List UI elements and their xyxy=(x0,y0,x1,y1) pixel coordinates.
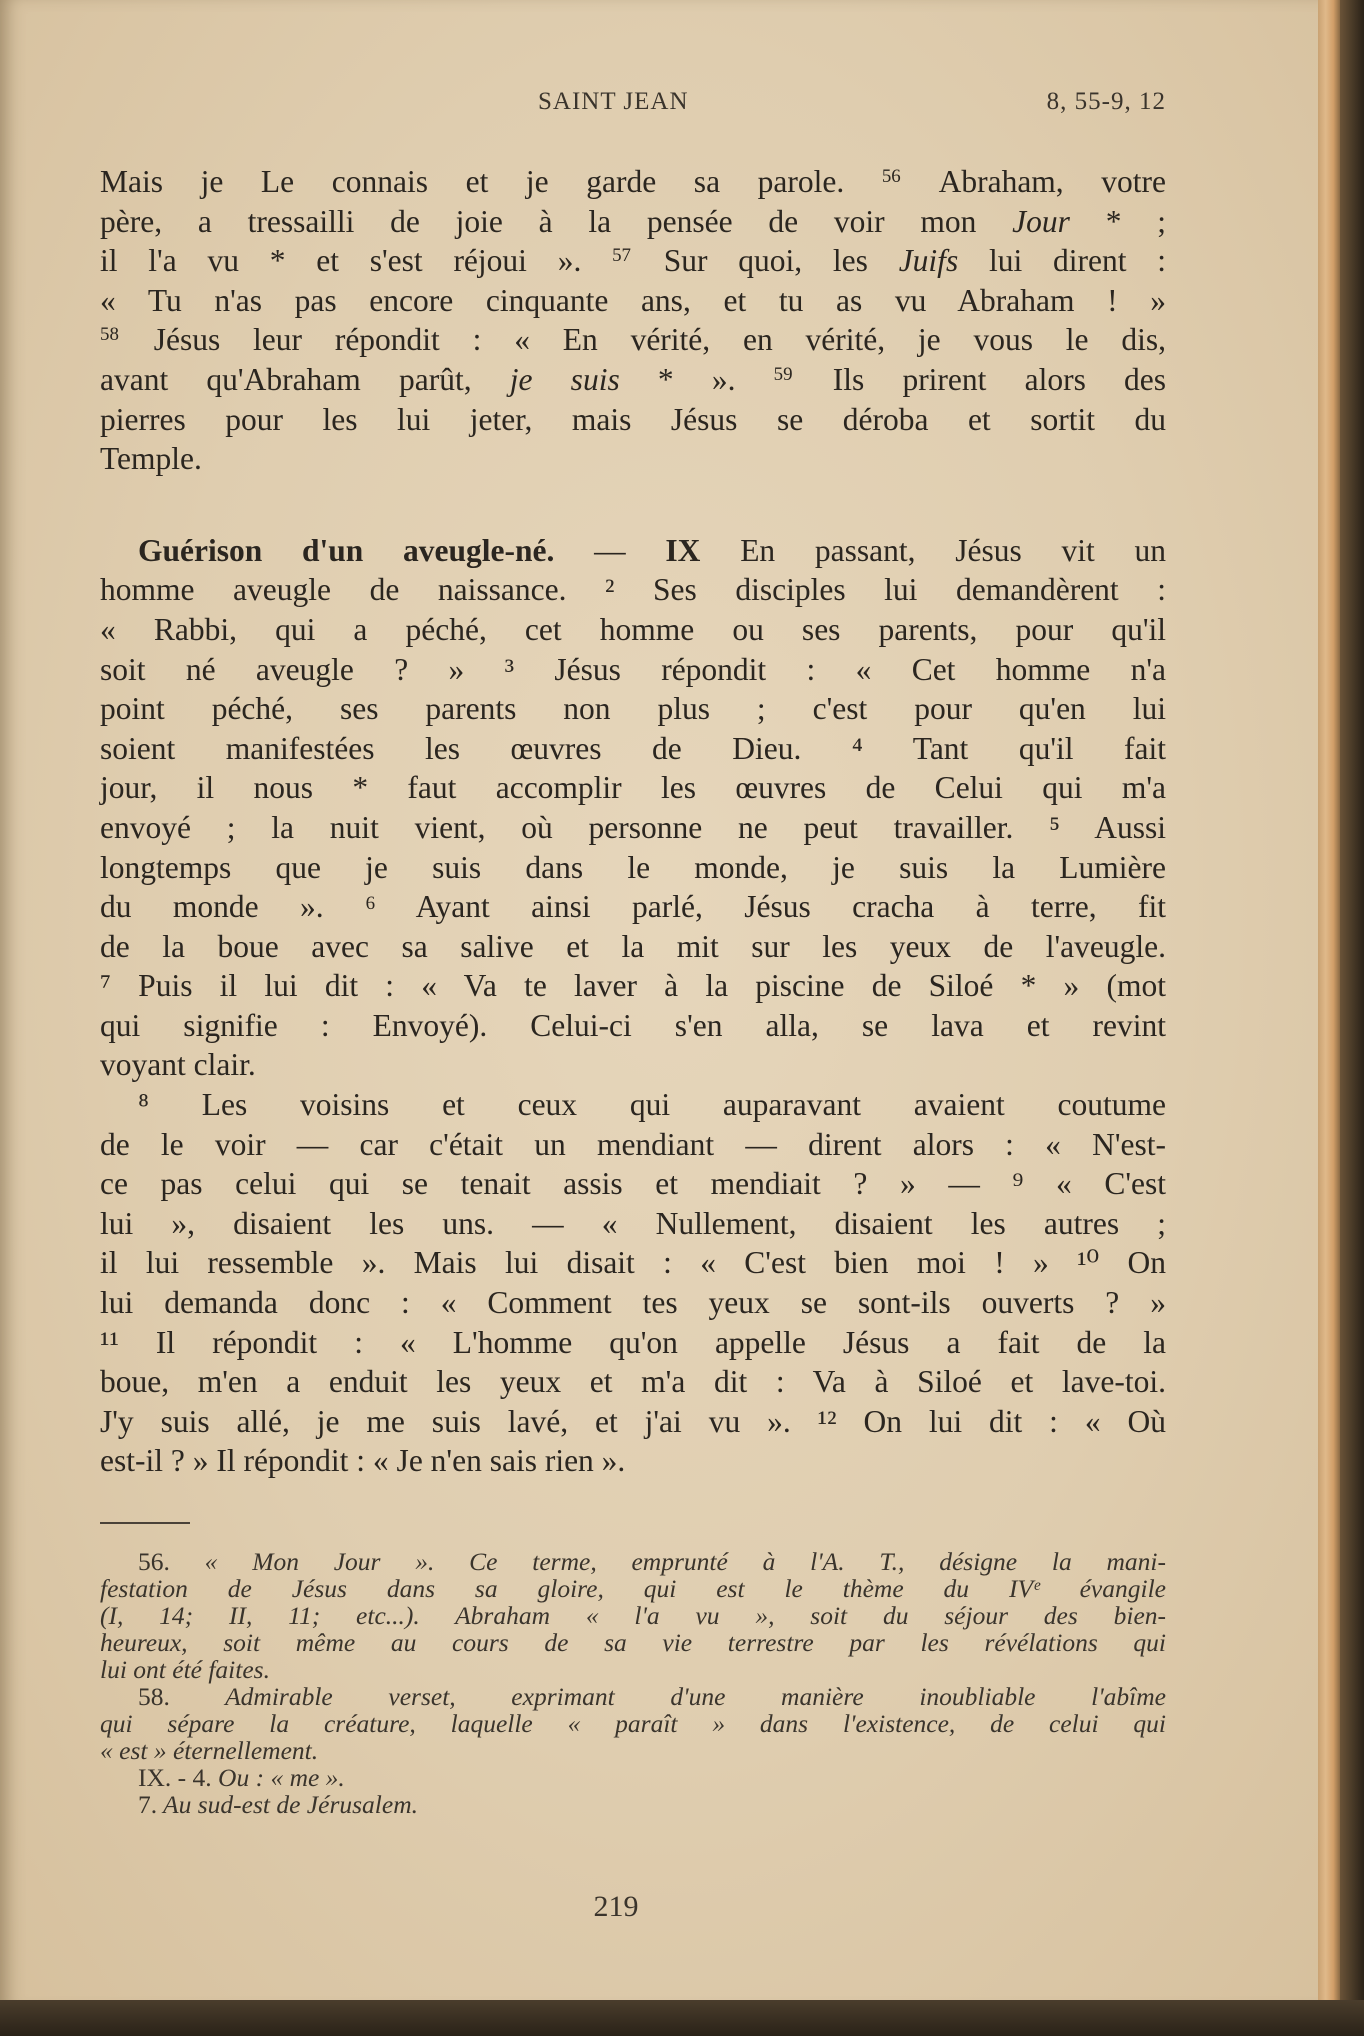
right-shadow xyxy=(1340,0,1364,2036)
italic-term: je suis xyxy=(510,362,620,397)
paragraph-chapter-8: Mais je Le connais et je garde sa parole… xyxy=(100,162,1166,479)
footnote-marker: IX. - 4. xyxy=(138,1763,212,1792)
text-line: « Rabbi, qui a péché, cet homme ou ses p… xyxy=(100,610,1166,650)
page-number: 219 xyxy=(586,1890,646,1924)
paragraph-chapter-9: Guérison d'un aveugle-né. — IX En passan… xyxy=(100,531,1166,1085)
text-line: ⁸ Les voisins et ceux qui auparavant ava… xyxy=(100,1085,1166,1125)
footnote-marker: 56. xyxy=(138,1547,170,1576)
italic-term: Jour xyxy=(1012,204,1070,239)
footnote-line: festation de Jésus dans sa gloire, qui e… xyxy=(100,1575,1166,1602)
footnote-58: 58. Admirable verset, exprimant d'une ma… xyxy=(100,1683,1166,1764)
text-line: « Tu n'as pas encore cinquante ans, et t… xyxy=(100,281,1166,321)
text-line: homme aveugle de naissance. ² Ses discip… xyxy=(100,570,1166,610)
text-line: pierres pour les lui jeter, mais Jésus s… xyxy=(100,400,1166,440)
text-line: J'y suis allé, je me suis lavé, et j'ai … xyxy=(100,1402,1166,1442)
footnote-56: 56. « Mon Jour ». Ce terme, emprunté à l… xyxy=(100,1548,1166,1683)
italic-term: Juifs xyxy=(899,243,959,278)
footnote-line: 7. Au sud-est de Jérusalem. xyxy=(100,1791,1166,1818)
section-heading: Guérison d'un aveugle-né. xyxy=(138,533,554,568)
chapter-verse-range: 8, 55-9, 12 xyxy=(1047,88,1166,116)
footnote-9-4: IX. - 4. Ou : « me ». xyxy=(100,1764,1166,1791)
text-line: Mais je Le connais et je garde sa parole… xyxy=(100,162,1166,202)
footnote-rule xyxy=(100,1522,190,1524)
footnote-9-7: 7. Au sud-est de Jérusalem. xyxy=(100,1791,1166,1818)
footnote-line: qui sépare la créature, laquelle « paraî… xyxy=(100,1710,1166,1737)
verse-number: 58 xyxy=(100,324,119,345)
text-line: soient manifestées les œuvres de Dieu. ⁴… xyxy=(100,729,1166,769)
body-text: Mais je Le connais et je garde sa parole… xyxy=(100,162,1166,1481)
text-line: 58 Jésus leur répondit : « En vérité, en… xyxy=(100,320,1166,360)
running-title: SAINT JEAN xyxy=(538,88,689,116)
paragraph-verses-8-12: ⁸ Les voisins et ceux qui auparavant ava… xyxy=(100,1085,1166,1481)
text-line: est-il ? » Il répondit : « Je n'en sais … xyxy=(100,1441,1166,1481)
text-line: de le voir — car c'était un mendiant — d… xyxy=(100,1125,1166,1165)
page-edge xyxy=(1318,0,1340,2008)
text-line: il lui ressemble ». Mais lui disait : « … xyxy=(100,1243,1166,1283)
text-line: jour, il nous * faut accomplir les œuvre… xyxy=(100,768,1166,808)
footnote-line: (I, 14; II, 11; etc...). Abraham « l'a v… xyxy=(100,1602,1166,1629)
footnote-line: heureux, soit même au cours de sa vie te… xyxy=(100,1629,1166,1656)
footnote-line: lui ont été faites. xyxy=(100,1656,1166,1683)
footnote-line: 56. « Mon Jour ». Ce terme, emprunté à l… xyxy=(100,1548,1166,1575)
verse-number: 56 xyxy=(882,166,901,187)
text-line: lui demanda donc : « Comment tes yeux se… xyxy=(100,1283,1166,1323)
text-line: ce pas celui qui se tenait assis et mend… xyxy=(100,1164,1166,1204)
footnote-line: 58. Admirable verset, exprimant d'une ma… xyxy=(100,1683,1166,1710)
text-line: point péché, ses parents non plus ; c'es… xyxy=(100,689,1166,729)
text-line: ¹¹ Il répondit : « L'homme qu'on appelle… xyxy=(100,1323,1166,1363)
bottom-shadow xyxy=(0,2000,1364,2036)
text-line: voyant clair. xyxy=(100,1045,1166,1085)
text-line: avant qu'Abraham parût, je suis * ». 59 … xyxy=(100,360,1166,400)
text-line: ⁷ Puis il lui dit : « Va te laver à la p… xyxy=(100,966,1166,1006)
text-line: qui signifie : Envoyé). Celui-ci s'en al… xyxy=(100,1006,1166,1046)
text-line: lui », disaient les uns. — « Nullement, … xyxy=(100,1204,1166,1244)
text-line: longtemps que je suis dans le monde, je … xyxy=(100,848,1166,888)
text-line: Temple. xyxy=(100,439,1166,479)
text-line: il l'a vu * et s'est réjoui ». 57 Sur qu… xyxy=(100,241,1166,281)
text-line: envoyé ; la nuit vient, où personne ne p… xyxy=(100,808,1166,848)
running-header: SAINT JEAN 8, 55-9, 12 xyxy=(100,88,1166,128)
text-line: soit né aveugle ? » ³ Jésus répondit : «… xyxy=(100,650,1166,690)
text-line: Guérison d'un aveugle-né. — IX En passan… xyxy=(100,531,1166,571)
footnote-line: IX. - 4. Ou : « me ». xyxy=(100,1764,1166,1791)
text-line: boue, m'en a enduit les yeux et m'a dit … xyxy=(100,1362,1166,1402)
text-line: du monde ». ⁶ Ayant ainsi parlé, Jésus c… xyxy=(100,887,1166,927)
verse-number: 59 xyxy=(774,364,793,385)
chapter-number: IX xyxy=(665,533,700,568)
footnotes: 56. « Mon Jour ». Ce terme, emprunté à l… xyxy=(100,1548,1166,1818)
verse-number: 57 xyxy=(612,245,631,266)
footnote-marker: 7. xyxy=(138,1790,157,1819)
text-line: de la boue avec sa salive et la mit sur … xyxy=(100,927,1166,967)
text-line: père, a tressailli de joie à la pensée d… xyxy=(100,202,1166,242)
footnote-line: « est » éternellement. xyxy=(100,1737,1166,1764)
footnote-marker: 58. xyxy=(138,1682,170,1711)
